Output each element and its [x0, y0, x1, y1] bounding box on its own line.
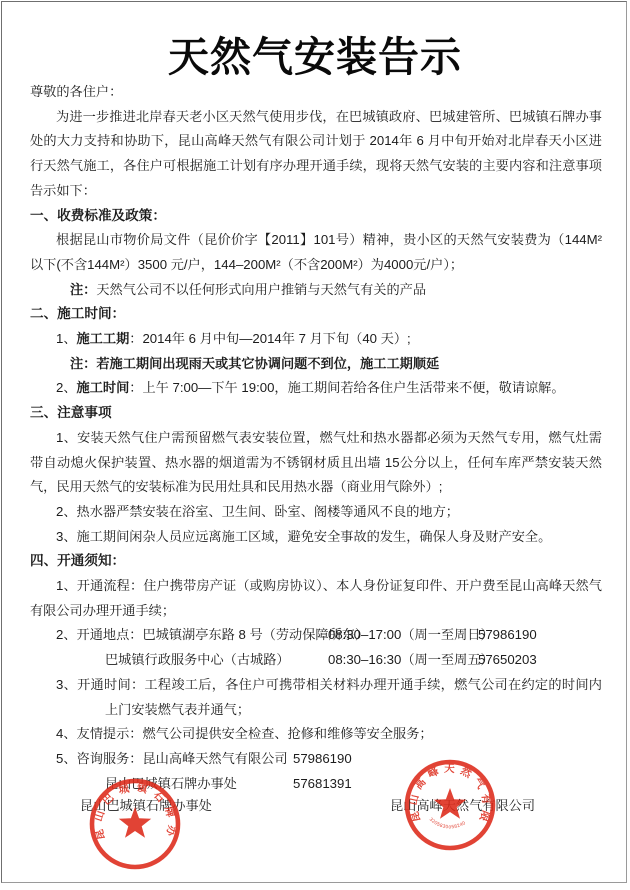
page-title: 天然气安装告示 [0, 24, 630, 83]
notice-page: 天然气安装告示 尊敬的各住户： 为进一步推进北岸春天老小区天然气使用步伐，在巴城… [0, 0, 630, 890]
svg-text:昆山高峰天然气有限公司: 昆山高峰天然气有限公司 [402, 757, 494, 828]
contact-phone: 57681391 [293, 772, 352, 797]
section4-heading: 四、开通须知： [30, 549, 602, 574]
location-place: 巴城镇行政服务中心（古城路） [30, 652, 290, 667]
location-hours: 08:30–16:30（周一至周五） [328, 648, 494, 673]
item-text: ：上午 7:00—下午 19:00，施工期间若给各住户生活带来不便，敬请谅解。 [129, 380, 564, 395]
section4-item3: 3、开通时间：工程竣工后，各住户可携带相关材料办理开通手续，燃气公司在约定的时间… [30, 673, 602, 722]
item-number: 2、 [56, 380, 77, 395]
location-row: 巴城镇行政服务中心（古城路） 08:30–16:30（周一至周五） 576502… [30, 648, 602, 673]
section2-item2: 2、施工时间：上午 7:00—下午 19:00，施工期间若给各住户生活带来不便，… [30, 376, 602, 401]
section1-note: 注：天然气公司不以任何形式向用户推销与天然气有关的产品 [30, 278, 602, 303]
note-label: 注： [70, 282, 96, 297]
item-text: ：2014年 6 月中旬—2014年 7 月下旬（40 天）; [129, 331, 410, 346]
section4-item1: 1、开通流程：住户携带房产证（或购房协议）、本人身份证复印件、开户费至昆山高峰天… [30, 574, 602, 623]
section2-item1: 1、施工工期：2014年 6 月中旬—2014年 7 月下旬（40 天）; [30, 327, 602, 352]
item-label: 2、开通地点：巴城镇湖亭东路 8 号（劳动保障所东） [30, 627, 368, 642]
seal-star-icon [434, 788, 466, 819]
section2-note: 注：若施工期间出现雨天或其它协调问题不到位，施工工期顺延 [30, 352, 602, 377]
document-body: 尊敬的各住户： 为进一步推进北岸春天老小区天然气使用步伐，在巴城镇政府、巴城建管… [30, 80, 602, 796]
section3-item2: 2、热水器严禁安装在浴室、卫生间、卧室、阁楼等通风不良的地方； [30, 500, 602, 525]
official-seal-left: 昆山巴城镇石牌办事处 [87, 776, 183, 872]
svg-text:3205830058240: 3205830058240 [428, 817, 467, 831]
location-row: 2、开通地点：巴城镇湖亭东路 8 号（劳动保障所东） 08:30–17:00（周… [30, 623, 602, 648]
seal-star-icon [119, 807, 151, 838]
item-number: 1、 [56, 331, 77, 346]
seal-code-text: 3205830058240 [428, 817, 467, 831]
intro-paragraph: 为进一步推进北岸春天老小区天然气使用步伐，在巴城镇政府、巴城建管所、巴城镇石牌办… [30, 105, 602, 204]
open-location-label: 2、开通地点： [56, 627, 142, 642]
svg-text:昆山巴城镇石牌办事处: 昆山巴城镇石牌办事处 [87, 776, 179, 844]
section3-item1: 1、安装天然气住户需预留燃气表安装位置，燃气灶和热水器都必须为天然气专用，燃气灶… [30, 426, 602, 500]
note-text: 天然气公司不以任何形式向用户推销与天然气有关的产品 [96, 282, 426, 297]
contact-org-name: 昆山高峰天然气有限公司 [142, 751, 287, 766]
section3-heading: 三、注意事项 [30, 401, 602, 426]
contact-org: 5、咨询服务：昆山高峰天然气有限公司 [30, 751, 288, 766]
section3-item3: 3、施工期间闲杂人员应远离施工区域，避免安全事故的发生，确保人身及财产安全。 [30, 525, 602, 550]
section1-body: 根据昆山市物价局文件（昆价价字【2011】101号）精神，贵小区的天然气安装费为… [30, 228, 602, 277]
section1-heading: 一、收费标准及政策： [30, 204, 602, 229]
location-phone: 57650203 [478, 648, 537, 673]
contact-phone: 57986190 [293, 747, 352, 772]
seal-ring-text: 昆山高峰天然气有限公司 [402, 757, 494, 828]
section4-item4: 4、友情提示：燃气公司提供安全检查、抢修和维修等安全服务； [30, 722, 602, 747]
item-label: 施工时间 [77, 380, 130, 395]
location-hours: 08:30–17:00（周一至周日） [328, 623, 494, 648]
greeting: 尊敬的各住户： [30, 80, 602, 105]
item-label: 施工工期 [77, 331, 130, 346]
location-phone: 57986190 [478, 623, 537, 648]
section2-heading: 二、施工时间： [30, 302, 602, 327]
contact-row: 5、咨询服务：昆山高峰天然气有限公司 57986190 [30, 747, 602, 772]
consult-service-label: 5、咨询服务： [56, 751, 142, 766]
official-seal-right: 昆山高峰天然气有限公司 3205830058240 [402, 757, 498, 853]
seal-ring-text: 昆山巴城镇石牌办事处 [87, 776, 179, 844]
